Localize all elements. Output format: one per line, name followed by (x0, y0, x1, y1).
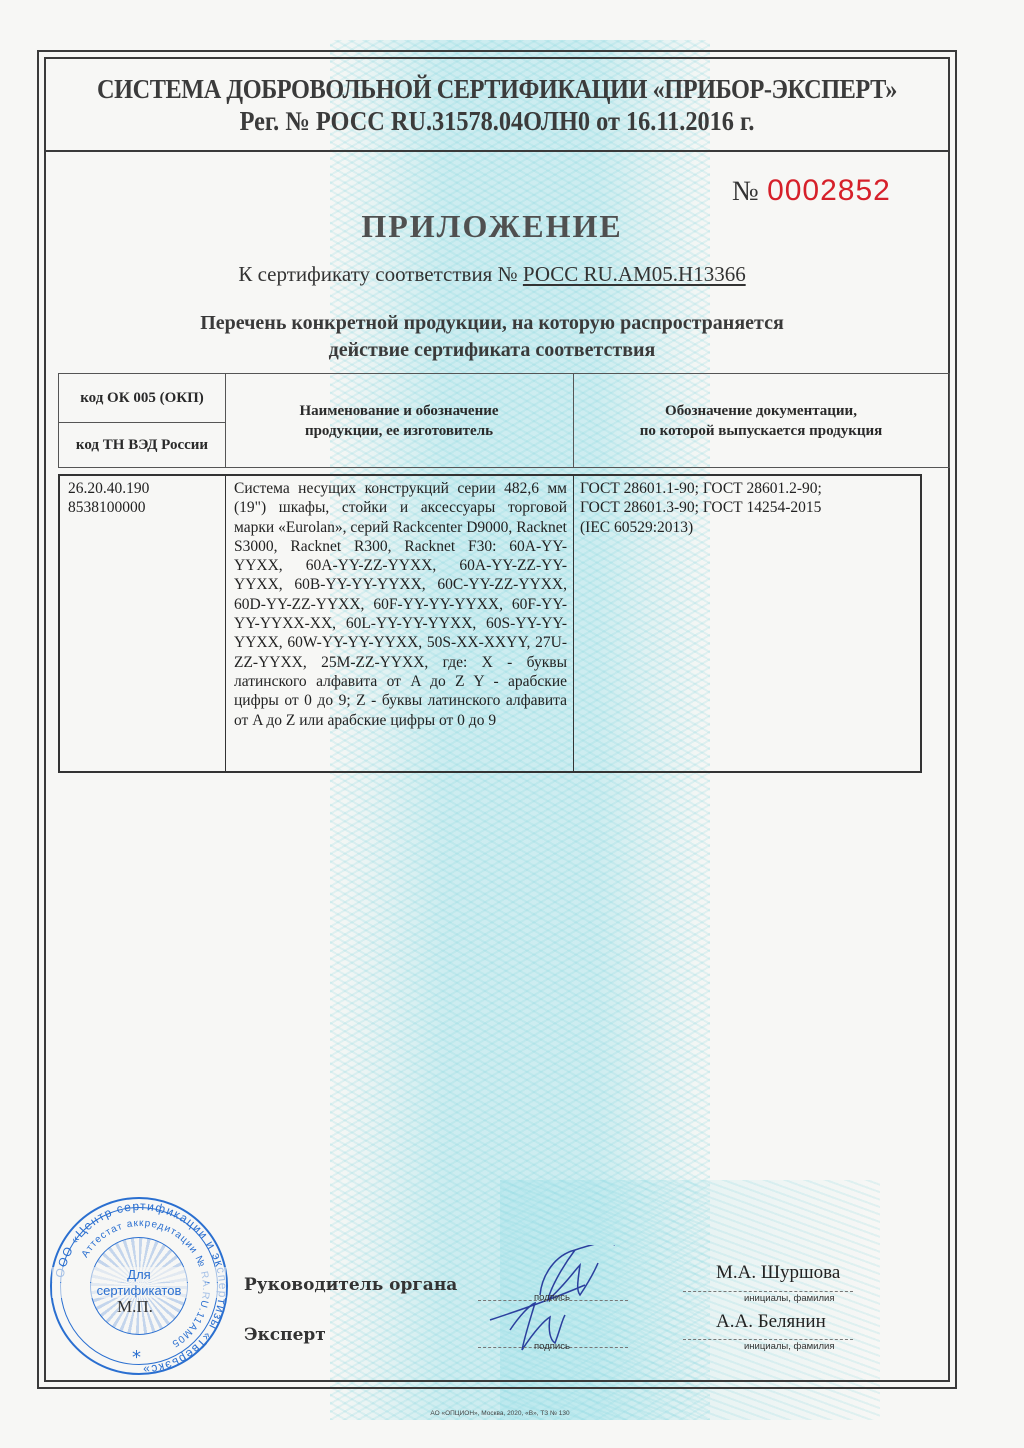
cell-documentation: ГОСТ 28601.1-90; ГОСТ 28601.2-90; ГОСТ 2… (574, 476, 920, 771)
code-okp-value: 26.20.40.190 (68, 479, 217, 498)
head-name: М.А. Шуршова (716, 1262, 840, 1284)
docs-line-3: (IEC 60529:2013) (580, 518, 914, 537)
docs-line-2: ГОСТ 28601.3-90; ГОСТ 14254-2015 (580, 498, 914, 517)
table-header: код ОК 005 (ОКП) код ТН ВЭД России Наиме… (58, 373, 950, 468)
expert-name-caption: инициалы, фамилия (744, 1341, 834, 1352)
head-name-caption: инициалы, фамилия (744, 1293, 834, 1304)
table-row: 26.20.40.190 8538100000 Система несущих … (58, 474, 922, 773)
certificate-reference-number: РОСС RU.АМ05.Н13366 (523, 262, 746, 286)
printer-imprint: АО «ОПЦИОН», Москва, 2020, «В», ТЗ № 130 (0, 1410, 1000, 1417)
header-product-line-2: продукции, ее изготовитель (299, 421, 498, 441)
docs-line-1: ГОСТ 28601.1-90; ГОСТ 28601.2-90; (580, 479, 914, 498)
serial-number: № 0002852 (732, 174, 891, 208)
expert-name: А.А. Белянин (716, 1311, 826, 1333)
header-codes-column: код ОК 005 (ОКП) код ТН ВЭД России (59, 374, 226, 467)
page-title: ПРИЛОЖЕНИЕ (0, 208, 984, 245)
number-sign: № (732, 176, 759, 207)
expert-signature-caption: подпись (534, 1341, 570, 1352)
header-product-line-1: Наименование и обозначение (299, 401, 498, 421)
stamp-star-icon: * (132, 1347, 141, 1368)
registration-number: Рег. № РОСС RU.31578.04ОЛН0 от 16.11.201… (89, 106, 904, 137)
stamp-center-line-2: сертификатов (52, 1283, 226, 1298)
expert-role-label: Эксперт (244, 1325, 326, 1345)
expert-name-line (683, 1339, 853, 1340)
head-role-label: Руководитель органа (244, 1275, 457, 1295)
header-docs-line-2: по которой выпускается продукция (640, 421, 883, 441)
seal-place-label: М.П. (117, 1297, 153, 1317)
header-divider (44, 150, 950, 152)
cell-product: Система несущих конструкций серии 482,6 … (226, 476, 574, 771)
code-tnved-value: 8538100000 (68, 498, 217, 517)
serial-number-value: 0002852 (767, 174, 891, 207)
list-subtitle: Перечень конкретной продукции, на котору… (0, 310, 984, 364)
organization-title: СИСТЕМА ДОБРОВОЛЬНОЙ СЕРТИФИКАЦИИ «ПРИБО… (89, 74, 904, 105)
header-docs-line-1: Обозначение документации, (640, 401, 883, 421)
header-code-okp: код ОК 005 (ОКП) (59, 374, 225, 423)
official-stamp: ООО «Центр сертификации и экспертизы «Тв… (50, 1197, 228, 1375)
head-signature-caption: подпись (534, 1292, 570, 1303)
cell-codes: 26.20.40.190 8538100000 (60, 476, 226, 771)
header-documentation: Обозначение документации, по которой вып… (573, 374, 949, 467)
certificate-reference-label: К сертификату соответствия № (238, 262, 517, 286)
subtitle-line-1: Перечень конкретной продукции, на котору… (0, 310, 984, 337)
head-name-line (683, 1291, 853, 1292)
subtitle-line-2: действие сертификата соответствия (0, 337, 984, 364)
header-product: Наименование и обозначение продукции, ее… (225, 374, 574, 467)
header-code-tnved: код ТН ВЭД России (59, 423, 225, 467)
stamp-center-line-1: Для (52, 1267, 226, 1282)
certificate-reference: К сертификату соответствия № РОСС RU.АМ0… (0, 262, 984, 287)
